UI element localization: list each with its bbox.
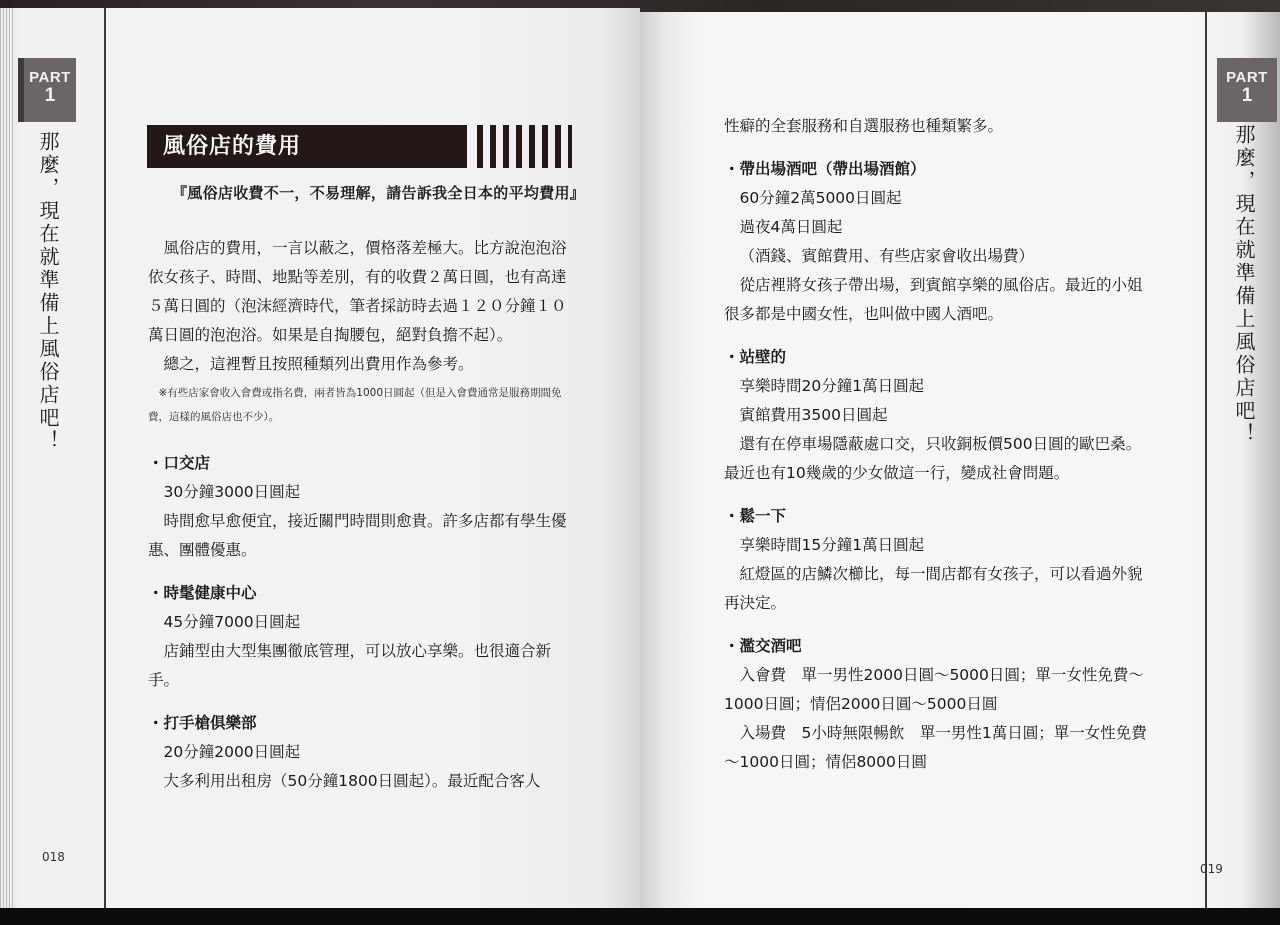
part-tab: PART 1 [18, 58, 76, 122]
item-name: ・時髦健康中心 [148, 579, 578, 608]
intro-paragraph: 風俗店的費用，一言以蔽之，價格落差極大。比方說泡泡浴依女孩子、時間、地點等差別，… [148, 234, 578, 350]
page-edges [0, 8, 14, 910]
item-name: ・站壁的 [724, 343, 1156, 372]
item-price: 30分鐘3000日圓起 [148, 478, 578, 507]
item-price: 賓館費用3500日圓起 [724, 401, 1156, 430]
intro-paragraph: 總之，這裡暫且按照種類列出費用作為參考。 [148, 350, 578, 379]
item-price: 20分鐘2000日圓起 [148, 738, 578, 767]
item-price: 享樂時間15分鐘1萬日圓起 [724, 531, 1156, 560]
item-description: 時間愈早愈便宜，接近關門時間則愈貴。許多店都有學生優惠、團體優惠。 [148, 507, 578, 565]
item-description: 大多利用出租房（50分鐘1800日圓起）。最近配合客人 [148, 767, 578, 796]
scan-background-bottom [0, 908, 1280, 925]
part-label: PART [24, 70, 76, 86]
section-subtitle: 『風俗店收費不一，不易理解，請告訴我全日本的平均費用』 [172, 182, 585, 203]
chapter-title-vertical: 那麼，現在就準備上風俗店吧！ [1233, 124, 1255, 446]
item-name: ・帶出場酒吧（帶出場酒館） [724, 155, 1156, 184]
section-heading-bar: 風俗店的費用 [147, 125, 573, 168]
item-name: ・鬆一下 [724, 502, 1156, 531]
chapter-title-vertical: 那麼，現在就準備上風俗店吧！ [37, 131, 59, 453]
left-body: 風俗店的費用，一言以蔽之，價格落差極大。比方說泡泡浴依女孩子、時間、地點等差別，… [148, 234, 578, 796]
item-extra: （酒錢、賓館費用、有些店家會收出場費） [724, 242, 1156, 271]
page-number: 019 [1200, 862, 1223, 876]
item-description: 從店裡將女孩子帶出場，到賓館享樂的風俗店。最近的小姐很多都是中國女性，也叫做中國… [724, 271, 1156, 329]
part-number: 1 [1217, 86, 1277, 106]
item-name: ・口交店 [148, 449, 578, 478]
margin-rule [1205, 12, 1207, 910]
item-description: 還有在停車場隱蔽處口交，只收銅板價500日圓的歐巴桑。最近也有10幾歲的少女做這… [724, 430, 1156, 488]
item-description: 店鋪型由大型集團徹底管理，可以放心享樂。也很適合新手。 [148, 637, 578, 695]
item-price: 享樂時間20分鐘1萬日圓起 [724, 372, 1156, 401]
continuation-text: 性癖的全套服務和自選服務也種類繁多。 [724, 112, 1156, 141]
fee-line: 入場費 5小時無限暢飲 單一男性1萬日圓；單一女性免費～1000日圓；情侶800… [724, 719, 1156, 777]
section-heading: 風俗店的費用 [147, 125, 467, 168]
part-tab: PART 1 [1217, 58, 1277, 122]
item-name: ・打手槍俱樂部 [148, 709, 578, 738]
part-label: PART [1217, 70, 1277, 86]
item-price: 60分鐘2萬5000日圓起 [724, 184, 1156, 213]
item-price: 45分鐘7000日圓起 [148, 608, 578, 637]
item-description: 紅燈區的店鱗次櫛比，每一間店都有女孩子，可以看過外貌再決定。 [724, 560, 1156, 618]
part-number: 1 [24, 86, 76, 106]
item-name: ・濫交酒吧 [724, 632, 1156, 661]
margin-rule [104, 8, 106, 910]
left-page: PART 1 那麼，現在就準備上風俗店吧！ 風俗店的費用 『風俗店收費不一，不易… [0, 8, 640, 910]
item-price: 過夜4萬日圓起 [724, 213, 1156, 242]
heading-stripes-decoration [477, 125, 572, 168]
page-number: 018 [42, 850, 65, 864]
right-page: 性癖的全套服務和自選服務也種類繁多。 ・帶出場酒吧（帶出場酒館） 60分鐘2萬5… [640, 12, 1280, 910]
right-body: 性癖的全套服務和自選服務也種類繁多。 ・帶出場酒吧（帶出場酒館） 60分鐘2萬5… [724, 112, 1156, 777]
fee-line: 入會費 單一男性2000日圓～5000日圓；單一女性免費～1000日圓；情侶20… [724, 661, 1156, 719]
footnote: ※有些店家會收入會費或指名費，兩者皆為1000日圓起（但是入會費通常是服務期間免… [148, 381, 578, 429]
